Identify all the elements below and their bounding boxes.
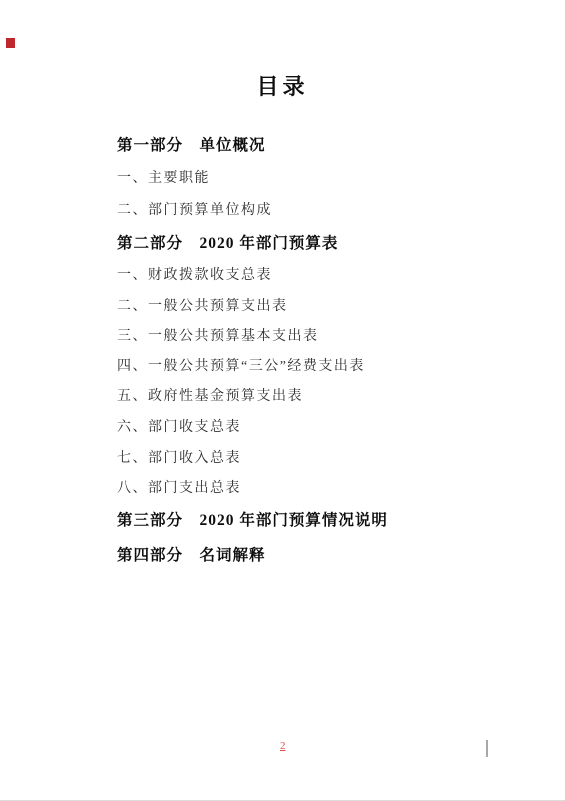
toc-section-heading: 第二部分 2020 年部门预算表 <box>117 231 338 253</box>
page-number: 2 <box>280 740 286 752</box>
toc-section-heading: 第四部分 名词解释 <box>117 543 266 565</box>
toc-item: 一、主要职能 <box>117 167 210 187</box>
toc-item: 六、部门收支总表 <box>117 416 241 436</box>
revision-marker-icon <box>6 38 15 48</box>
toc-section-heading: 第三部分 2020 年部门预算情况说明 <box>117 508 388 530</box>
toc-item: 五、政府性基金预算支出表 <box>117 385 303 405</box>
document-page: 目录 第一部分 单位概况 一、主要职能 二、部门预算单位构成 第二部分 2020… <box>0 0 565 801</box>
toc-item: 二、一般公共预算支出表 <box>117 295 288 315</box>
toc-item: 四、一般公共预算“三公”经费支出表 <box>117 355 365 375</box>
toc-section-heading: 第一部分 单位概况 <box>117 133 266 155</box>
page-title: 目录 <box>0 70 565 101</box>
text-cursor <box>486 740 488 757</box>
toc-item: 二、部门预算单位构成 <box>117 199 272 219</box>
toc-item: 七、部门收入总表 <box>117 447 241 467</box>
toc-item: 一、财政拨款收支总表 <box>117 264 272 284</box>
toc-item: 八、部门支出总表 <box>117 477 241 497</box>
toc-item: 三、一般公共预算基本支出表 <box>117 325 319 345</box>
